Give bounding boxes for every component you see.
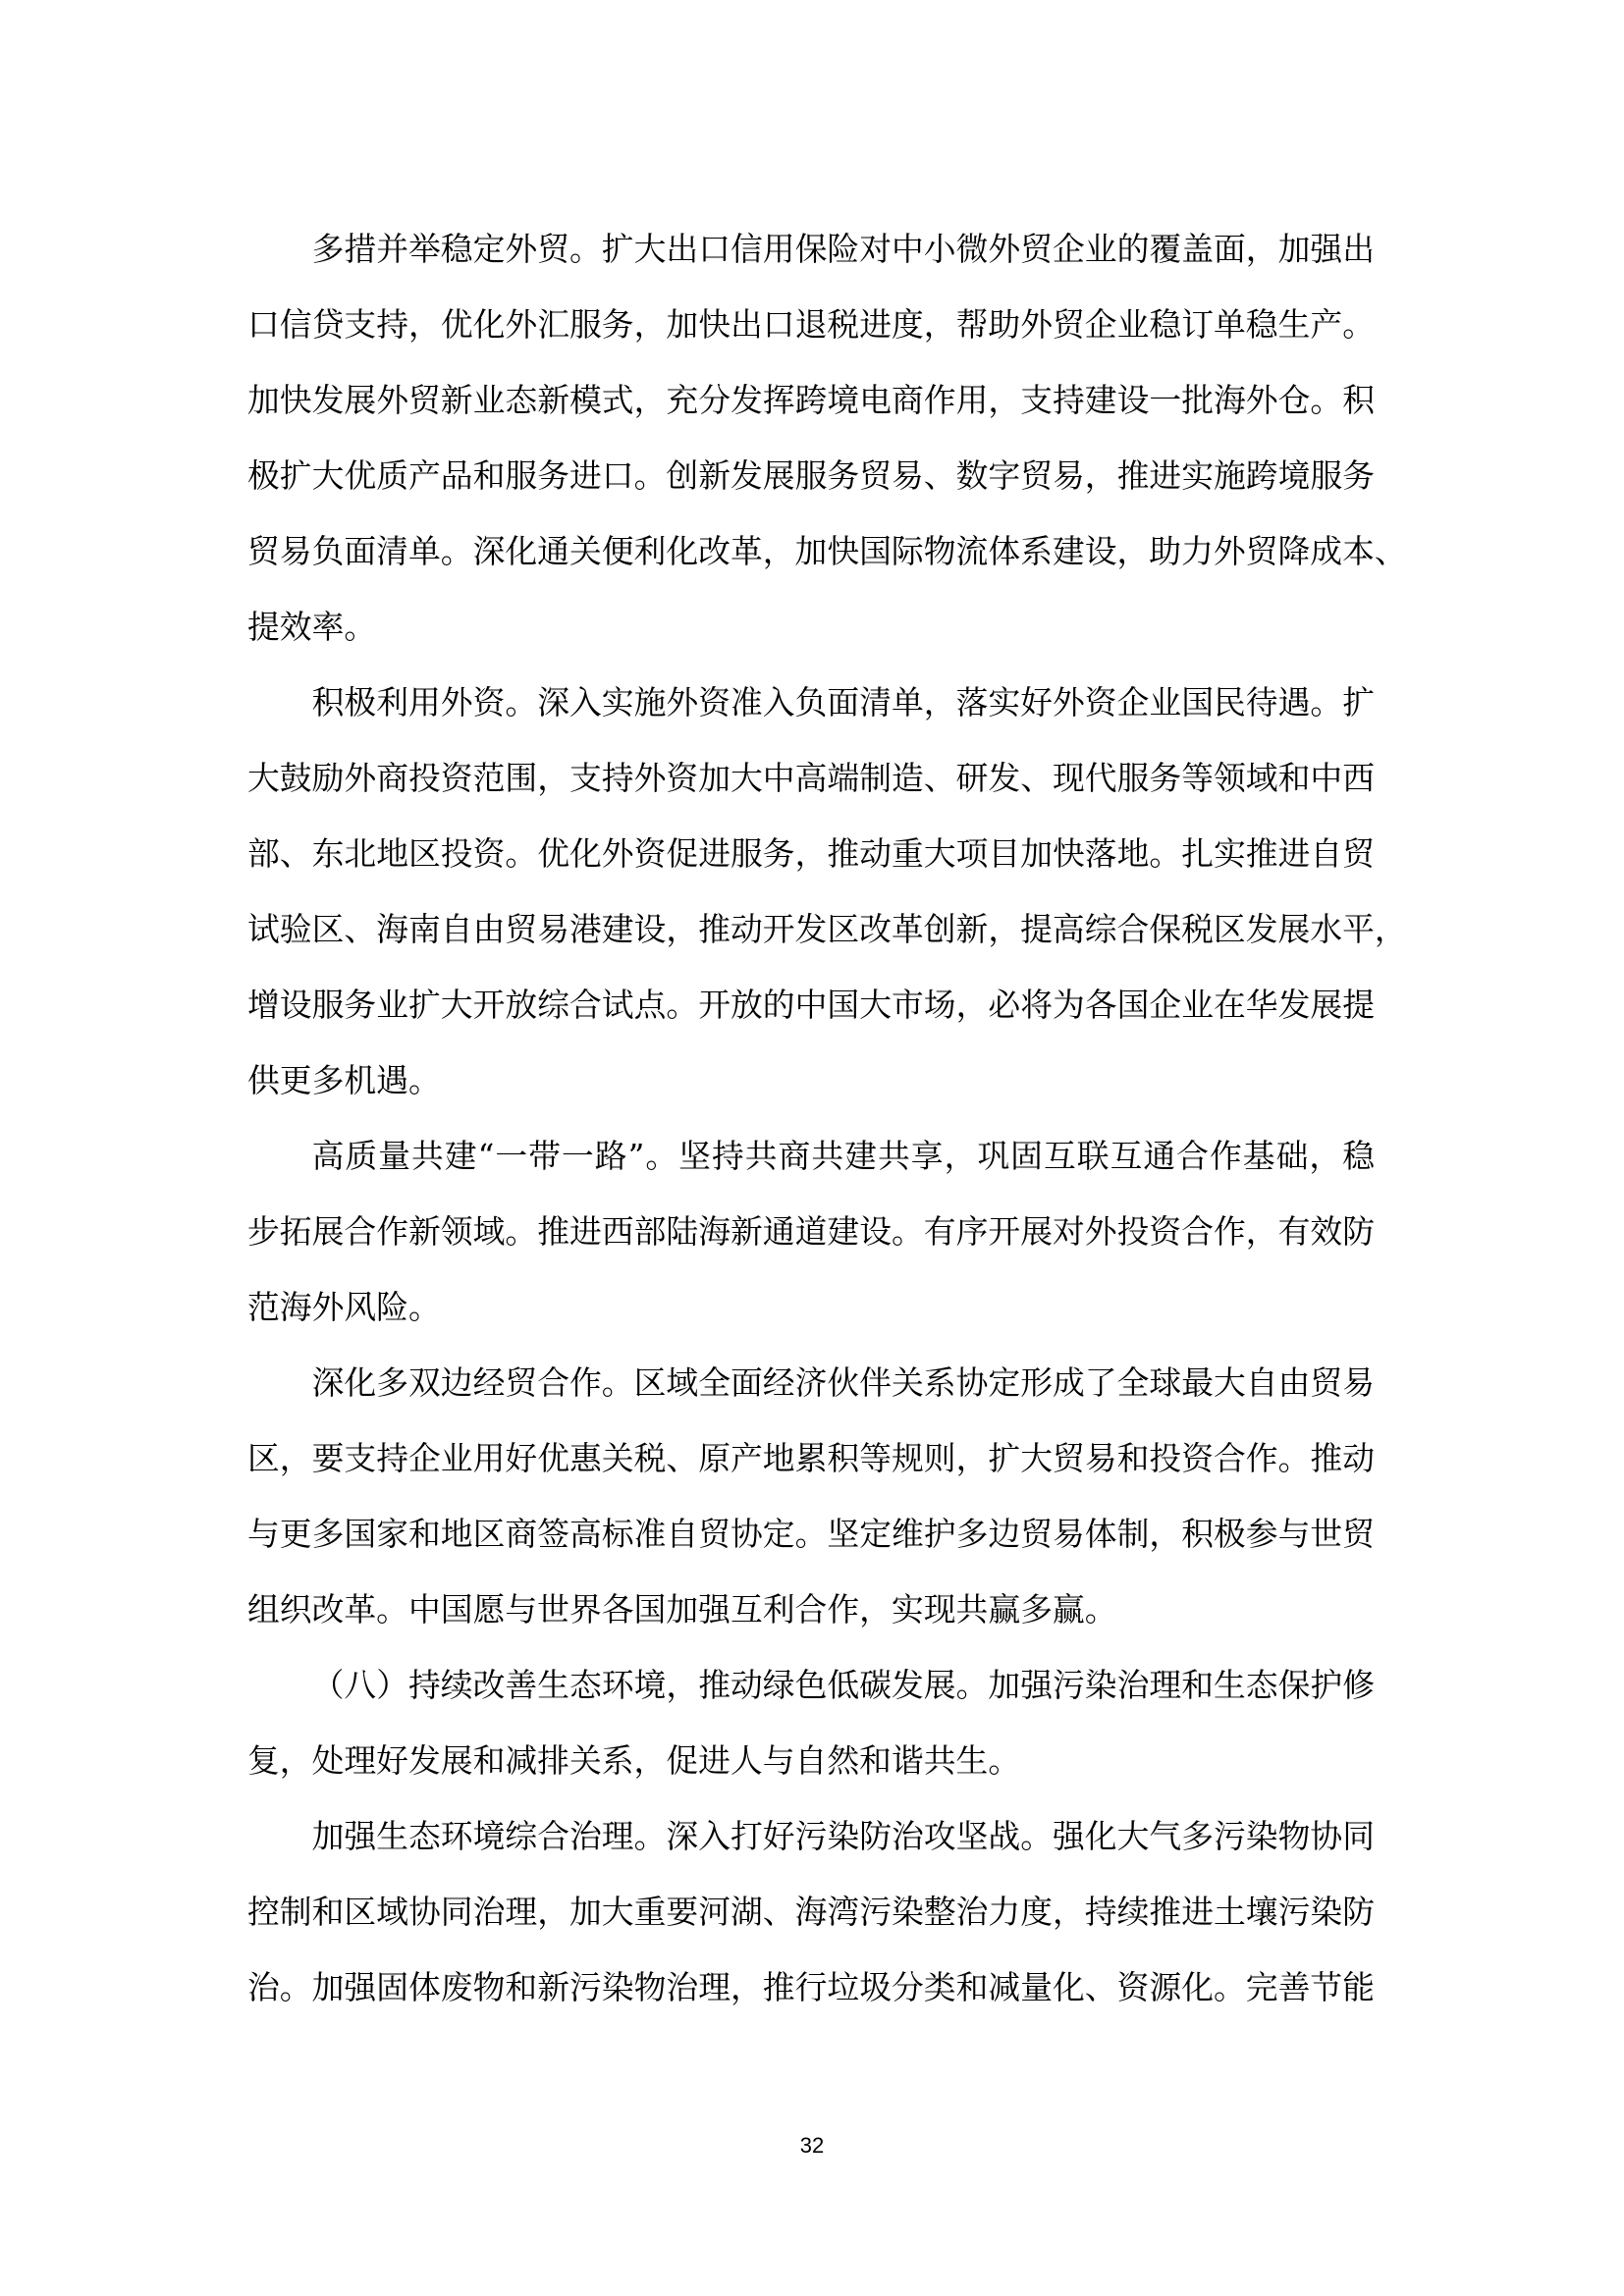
body-text: 多措并举稳定外贸。扩大出口信用保险对中小微外贸企业的覆盖面，加强出 口信贷支持，… [247,212,1375,2026]
paragraph-belt-and-road: 高质量共建“一带一路”。坚持共商共建共享，巩固互联互通合作基础，稳 步拓展合作新… [247,1119,1375,1346]
paragraph-multilateral-trade: 深化多双边经贸合作。区域全面经济伙伴关系协定形成了全球最大自由贸易 区，要支持企… [247,1346,1375,1648]
text-line: 高质量共建“一带一路”。坚持共商共建共享，巩固互联互通合作基础，稳 [247,1119,1375,1195]
text-line: 复，处理好发展和减排关系，促进人与自然和谐共生。 [247,1724,1375,1799]
page-number: 32 [0,2132,1624,2160]
text-line: 范海外风险。 [247,1270,1375,1346]
text-line: 治。加强固体废物和新污染物治理，推行垃圾分类和减量化、资源化。完善节能 [247,1950,1375,2026]
text-line: 供更多机遇。 [247,1043,1375,1119]
text-line: 部、东北地区投资。优化外资促进服务，推动重大项目加快落地。扎实推进自贸 [247,817,1375,892]
paragraph-foreign-investment: 积极利用外资。深入实施外资准入负面清单，落实好外资企业国民待遇。扩 大鼓励外商投… [247,666,1375,1119]
text-line: （八）持续改善生态环境，推动绿色低碳发展。加强污染治理和生态保护修 [247,1648,1375,1724]
text-line: 增设服务业扩大开放综合试点。开放的中国大市场，必将为各国企业在华发展提 [247,968,1375,1043]
text-line: 加快发展外贸新业态新模式，充分发挥跨境电商作用，支持建设一批海外仓。积 [247,363,1375,439]
text-line: 与更多国家和地区商签高标准自贸协定。坚定维护多边贸易体制，积极参与世贸 [247,1497,1375,1573]
text-line: 试验区、海南自由贸易港建设，推动开发区改革创新，提高综合保税区发展水平， [247,892,1375,968]
text-line: 组织改革。中国愿与世界各国加强互利合作，实现共赢多赢。 [247,1573,1375,1648]
paragraph-ecological-governance: 加强生态环境综合治理。深入打好污染防治攻坚战。强化大气多污染物协同 控制和区域协… [247,1799,1375,2026]
text-line: 步拓展合作新领域。推进西部陆海新通道建设。有序开展对外投资合作，有效防 [247,1195,1375,1270]
text-line: 大鼓励外商投资范围，支持外资加大中高端制造、研发、现代服务等领域和中西 [247,741,1375,817]
text-line: 区，要支持企业用好优惠关税、原产地累积等规则，扩大贸易和投资合作。推动 [247,1421,1375,1497]
text-line: 提效率。 [247,590,1375,666]
paragraph-section-8-heading: （八）持续改善生态环境，推动绿色低碳发展。加强污染治理和生态保护修 复，处理好发… [247,1648,1375,1799]
text-line: 多措并举稳定外贸。扩大出口信用保险对中小微外贸企业的覆盖面，加强出 [247,212,1375,288]
text-line: 贸易负面清单。深化通关便利化改革，加快国际物流体系建设，助力外贸降成本、 [247,514,1375,590]
text-line: 口信贷支持，优化外汇服务，加快出口退税进度，帮助外贸企业稳订单稳生产。 [247,288,1375,363]
text-line: 控制和区域协同治理，加大重要河湖、海湾污染整治力度，持续推进土壤污染防 [247,1875,1375,1950]
document-page: 多措并举稳定外贸。扩大出口信用保险对中小微外贸企业的覆盖面，加强出 口信贷支持，… [0,0,1624,2296]
text-line: 加强生态环境综合治理。深入打好污染防治攻坚战。强化大气多污染物协同 [247,1799,1375,1875]
text-line: 深化多双边经贸合作。区域全面经济伙伴关系协定形成了全球最大自由贸易 [247,1346,1375,1421]
text-line: 积极利用外资。深入实施外资准入负面清单，落实好外资企业国民待遇。扩 [247,666,1375,741]
paragraph-stabilize-foreign-trade: 多措并举稳定外贸。扩大出口信用保险对中小微外贸企业的覆盖面，加强出 口信贷支持，… [247,212,1375,666]
text-line: 极扩大优质产品和服务进口。创新发展服务贸易、数字贸易，推进实施跨境服务 [247,439,1375,514]
